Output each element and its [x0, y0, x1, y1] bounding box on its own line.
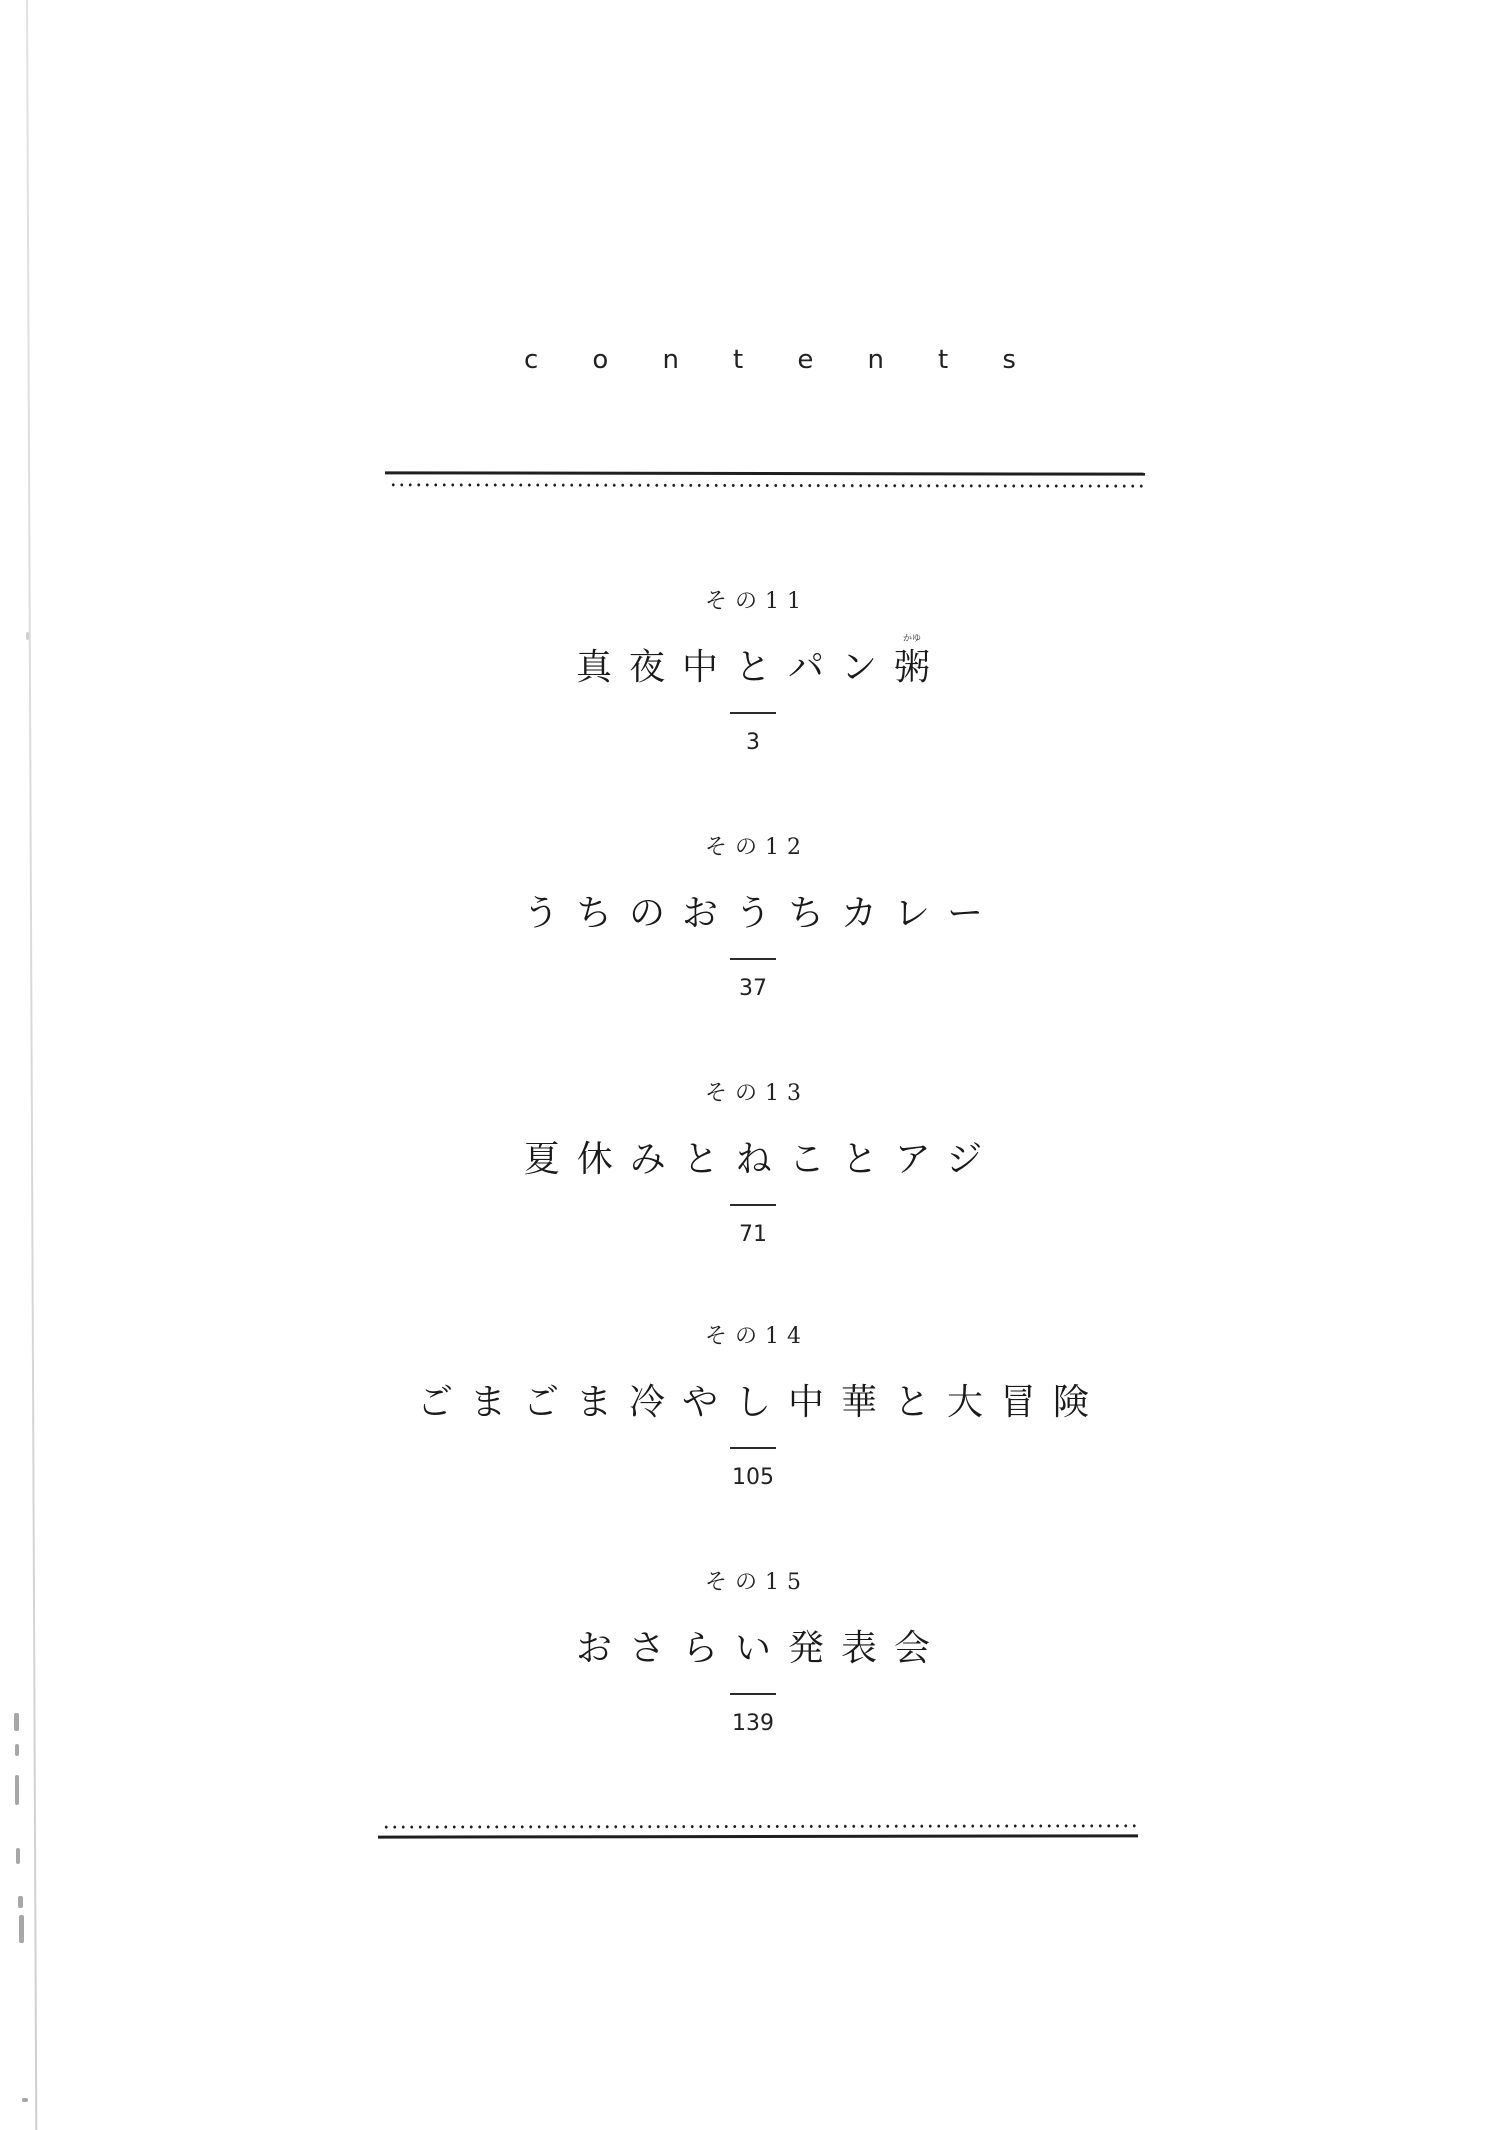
bottom-divider	[378, 1822, 1138, 1843]
entry-dash	[730, 1693, 776, 1695]
contents-letter: t	[733, 345, 743, 375]
contents-letter: o	[592, 345, 608, 375]
scan-smudge	[16, 1848, 20, 1864]
divider-dotted-line	[389, 483, 1143, 487]
chapter-title[interactable]: うちのおうちカレー	[0, 892, 1506, 936]
divider-dotted-line	[382, 1824, 1136, 1828]
chapter-number: その14	[8, 1321, 1506, 1353]
ruby-kanji: かゆ粥	[894, 646, 947, 690]
contents-heading: c o n t e n t s	[500, 345, 1040, 375]
entry-dash	[730, 1447, 776, 1449]
scan-smudge	[22, 2098, 28, 2102]
scanned-page-edge	[26, 0, 37, 2130]
contents-letter: e	[797, 345, 813, 375]
scan-smudge	[19, 1915, 24, 1943]
chapter-number: その13	[8, 1078, 1506, 1110]
contents-letter: s	[1002, 345, 1016, 375]
page-number[interactable]: 105	[0, 1463, 1506, 1493]
chapter-number: その15	[8, 1567, 1506, 1599]
toc-entry: その13 夏休みとねことアジ 71	[0, 1078, 1506, 1250]
toc-entry: その15 おさらい発表会 139	[0, 1567, 1506, 1739]
page-number[interactable]: 139	[0, 1709, 1506, 1739]
toc-entry: その14 ごまごま冷やし中華と大冒険 105	[0, 1321, 1506, 1493]
page-number[interactable]: 37	[0, 974, 1506, 1004]
scan-smudge	[15, 1744, 19, 1756]
entry-dash	[730, 958, 776, 960]
contents-letter: n	[662, 345, 678, 375]
contents-letter: c	[524, 345, 538, 375]
chapter-title[interactable]: おさらい発表会	[0, 1627, 1506, 1671]
toc-entry: その11 真夜中とパンかゆ粥 3	[0, 586, 1506, 758]
contents-letter: t	[938, 345, 948, 375]
scan-smudge	[15, 1775, 19, 1805]
contents-letter: n	[867, 345, 883, 375]
entry-dash	[730, 712, 776, 714]
chapter-number: その11	[8, 586, 1506, 618]
page-number[interactable]: 71	[0, 1220, 1506, 1250]
page-number[interactable]: 3	[0, 728, 1506, 758]
ruby-base: 粥	[894, 647, 947, 688]
top-divider	[385, 471, 1145, 492]
chapter-title-text: 真夜中とパン	[576, 647, 894, 688]
toc-entry: その12 うちのおうちカレー 37	[0, 832, 1506, 1004]
chapter-number: その12	[8, 832, 1506, 864]
chapter-title[interactable]: ごまごま冷やし中華と大冒険	[0, 1381, 1506, 1425]
chapter-title[interactable]: 真夜中とパンかゆ粥	[0, 646, 1506, 690]
chapter-title[interactable]: 夏休みとねことアジ	[0, 1138, 1506, 1182]
divider-solid-line	[378, 1834, 1138, 1838]
entry-dash	[730, 1204, 776, 1206]
furigana: かゆ	[894, 634, 930, 644]
scan-smudge	[18, 1896, 23, 1908]
divider-solid-line	[385, 471, 1145, 475]
